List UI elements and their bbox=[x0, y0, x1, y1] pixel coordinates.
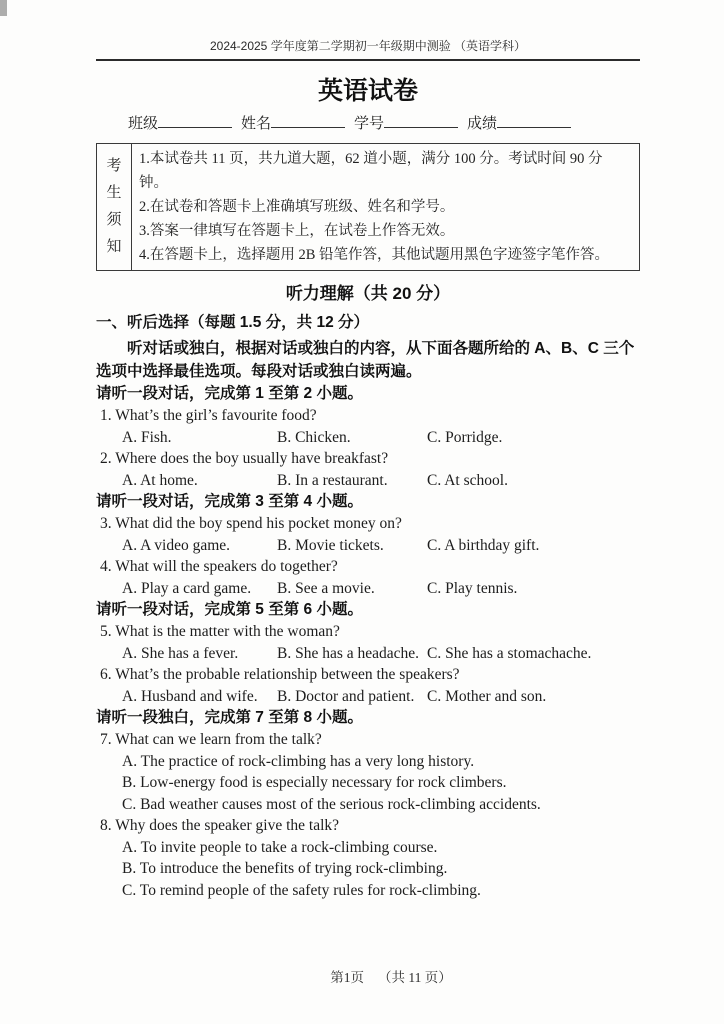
student-id-label: 学号 bbox=[354, 116, 384, 132]
option-c: C. To remind people of the safety rules … bbox=[122, 880, 640, 902]
option-c: C. Bad weather causes most of the seriou… bbox=[122, 794, 640, 816]
option-b: B. She has a headache. bbox=[277, 643, 427, 665]
score-blank bbox=[497, 115, 571, 128]
name-blank bbox=[271, 115, 345, 128]
notice-item-1: 1.本试卷共 11 页，共九道大题，62 道小题，满分 100 分。考试时间 9… bbox=[139, 147, 631, 195]
class-label: 班级 bbox=[128, 116, 158, 132]
section-title: 听力理解（共 20 分） bbox=[96, 283, 640, 305]
listen-prompt-1: 请听一段对话，完成第 1 至第 2 小题。 bbox=[96, 383, 640, 405]
question-5: 5. What is the matter with the woman? A.… bbox=[96, 621, 640, 664]
option-a: A. At home. bbox=[122, 470, 277, 492]
notice-item-4: 4.在答题卡上，选择题用 2B 铅笔作答，其他试题用黑色字迹签字笔作答。 bbox=[139, 243, 631, 267]
option-b: B. To introduce the benefits of trying r… bbox=[122, 858, 640, 880]
question-text: 5. What is the matter with the woman? bbox=[96, 621, 640, 643]
option-c: C. A birthday gift. bbox=[427, 535, 640, 557]
option-c: C. At school. bbox=[427, 470, 640, 492]
option-c: C. Mother and son. bbox=[427, 686, 640, 708]
notice-side-cell: 考生须知 bbox=[97, 144, 132, 270]
option-b: B. In a restaurant. bbox=[277, 470, 427, 492]
question-6: 6. What’s the probable relationship betw… bbox=[96, 664, 640, 707]
name-label: 姓名 bbox=[241, 116, 271, 132]
option-a: A. The practice of rock-climbing has a v… bbox=[122, 751, 640, 773]
listen-prompt-2: 请听一段对话，完成第 3 至第 4 小题。 bbox=[96, 491, 640, 513]
running-header: 2024-2025 学年度第二学期初一年级期中测验 （英语学科） bbox=[96, 38, 640, 54]
page-number: 第1页 bbox=[330, 970, 364, 985]
option-a: A. A video game. bbox=[122, 535, 277, 557]
option-c: C. Play tennis. bbox=[427, 578, 640, 600]
name-field: 姓名 bbox=[241, 115, 345, 134]
listen-prompt-3: 请听一段对话，完成第 5 至第 6 小题。 bbox=[96, 599, 640, 621]
question-text: 2. Where does the boy usually have break… bbox=[96, 448, 640, 470]
class-blank bbox=[158, 115, 232, 128]
scan-artifact bbox=[0, 0, 7, 16]
part-instructions: 听对话或独白，根据对话或独白的内容，从下面各题所给的 A、B、C 三个选项中选择… bbox=[96, 337, 640, 383]
option-a: A. Fish. bbox=[122, 427, 277, 449]
question-text: 4. What will the speakers do together? bbox=[96, 556, 640, 578]
notice-box: 考生须知 1.本试卷共 11 页，共九道大题，62 道小题，满分 100 分。考… bbox=[96, 143, 640, 271]
notice-body: 1.本试卷共 11 页，共九道大题，62 道小题，满分 100 分。考试时间 9… bbox=[132, 144, 639, 270]
option-c: C. She has a stomachache. bbox=[427, 643, 640, 665]
option-b: B. Movie tickets. bbox=[277, 535, 427, 557]
notice-item-2: 2.在试卷和答题卡上准确填写班级、姓名和学号。 bbox=[139, 195, 631, 219]
option-c: C. Porridge. bbox=[427, 427, 640, 449]
option-a: A. Play a card game. bbox=[122, 578, 277, 600]
question-2: 2. Where does the boy usually have break… bbox=[96, 448, 640, 491]
option-a: A. To invite people to take a rock-climb… bbox=[122, 837, 640, 859]
score-field: 成绩 bbox=[467, 115, 571, 134]
option-a: A. She has a fever. bbox=[122, 643, 277, 665]
notice-item-3: 3.答案一律填写在答题卡上，在试卷上作答无效。 bbox=[139, 219, 631, 243]
student-id-field: 学号 bbox=[354, 115, 458, 134]
student-id-blank bbox=[384, 115, 458, 128]
option-b: B. Low-energy food is especially necessa… bbox=[122, 772, 640, 794]
page-title: 英语试卷 bbox=[96, 75, 640, 107]
listen-prompt-4: 请听一段独白，完成第 7 至第 8 小题。 bbox=[96, 707, 640, 729]
student-info-row: 班级 姓名 学号 成绩 bbox=[96, 115, 640, 134]
question-text: 1. What’s the girl’s favourite food? bbox=[96, 405, 640, 427]
question-4: 4. What will the speakers do together? A… bbox=[96, 556, 640, 599]
notice-side-label: 考生须知 bbox=[106, 153, 122, 261]
option-b: B. Doctor and patient. bbox=[277, 686, 427, 708]
header-rule bbox=[96, 59, 640, 61]
class-field: 班级 bbox=[128, 115, 232, 134]
option-b: B. Chicken. bbox=[277, 427, 427, 449]
option-a: A. Husband and wife. bbox=[122, 686, 277, 708]
page-footer: 第1页（共 11 页） bbox=[0, 966, 724, 986]
question-text: 8. Why does the speaker give the talk? bbox=[96, 815, 640, 837]
question-7: 7. What can we learn from the talk? A. T… bbox=[96, 729, 640, 815]
page-content: 2024-2025 学年度第二学期初一年级期中测验 （英语学科） 英语试卷 班级… bbox=[96, 38, 640, 901]
part-title: 一、听后选择（每题 1.5 分，共 12 分） bbox=[96, 312, 640, 333]
option-b: B. See a movie. bbox=[277, 578, 427, 600]
exam-page: 2024-2025 学年度第二学期初一年级期中测验 （英语学科） 英语试卷 班级… bbox=[0, 0, 724, 1024]
total-pages: （共 11 页） bbox=[378, 970, 452, 985]
question-text: 3. What did the boy spend his pocket mon… bbox=[96, 513, 640, 535]
score-label: 成绩 bbox=[467, 116, 497, 132]
question-text: 7. What can we learn from the talk? bbox=[96, 729, 640, 751]
question-3: 3. What did the boy spend his pocket mon… bbox=[96, 513, 640, 556]
question-8: 8. Why does the speaker give the talk? A… bbox=[96, 815, 640, 901]
question-1: 1. What’s the girl’s favourite food? A. … bbox=[96, 405, 640, 448]
question-text: 6. What’s the probable relationship betw… bbox=[96, 664, 640, 686]
